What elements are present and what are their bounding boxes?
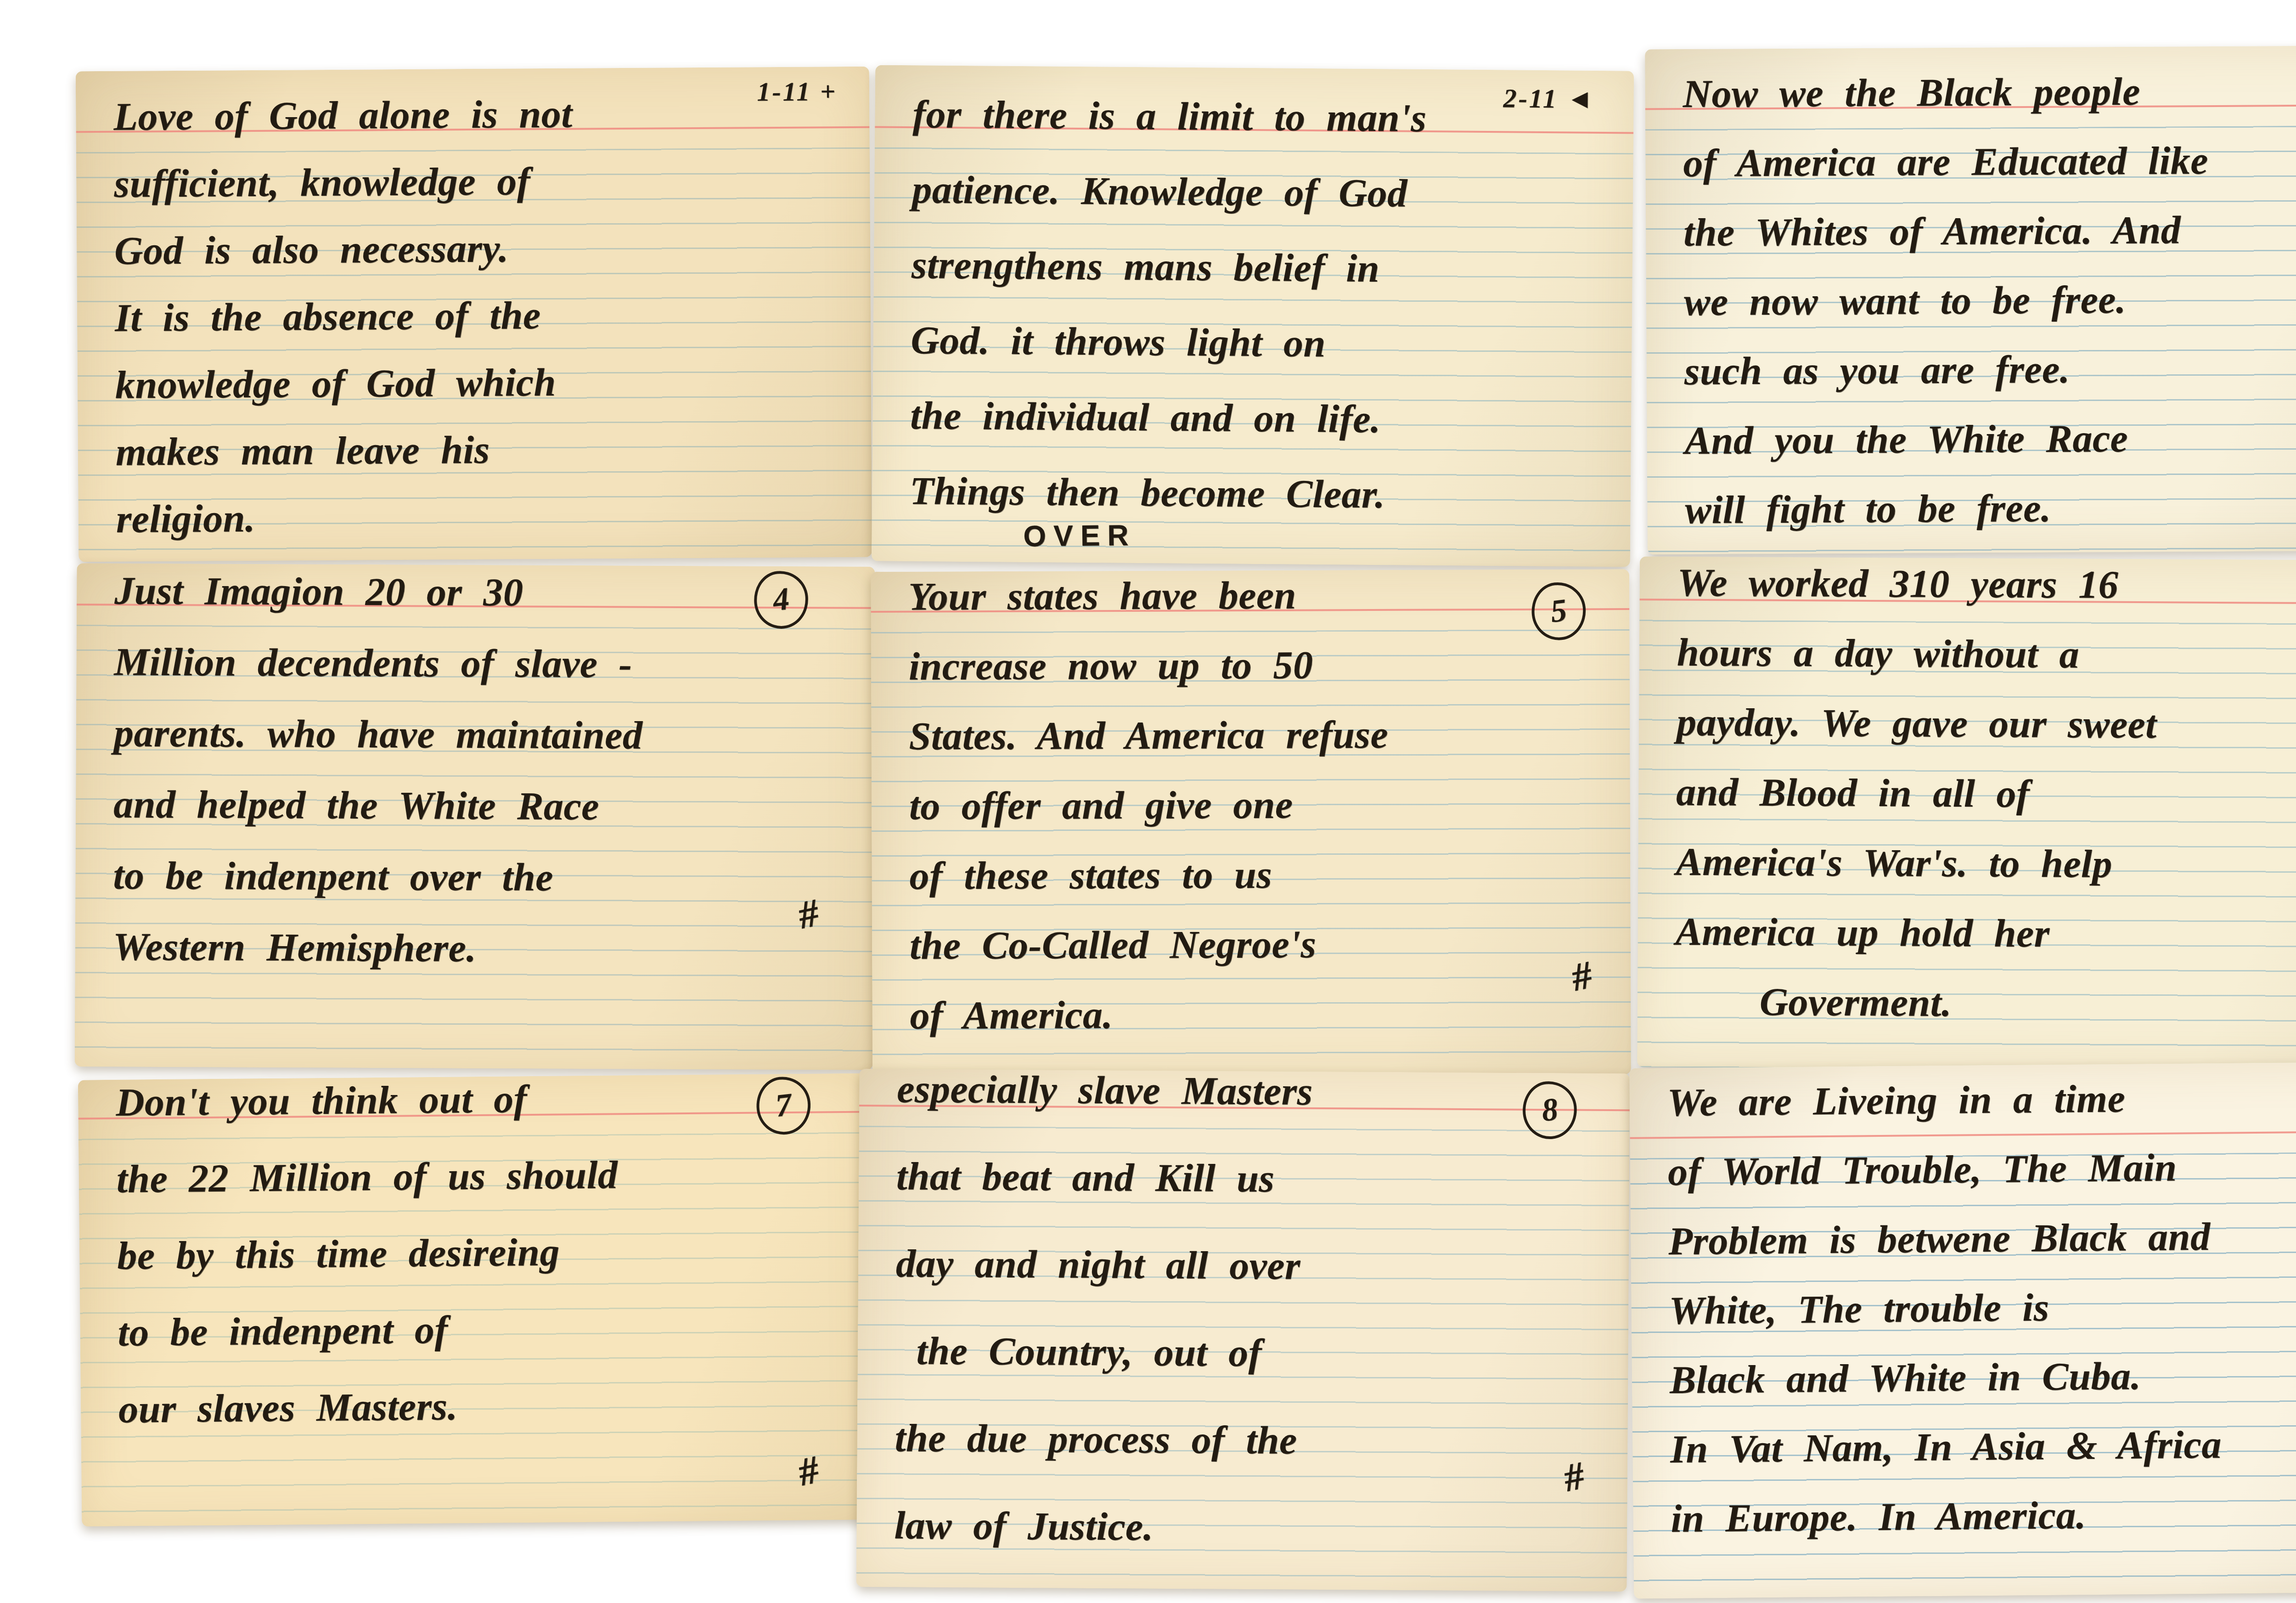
index-card-4: 4 Just Imagion 20 or 30 Million decenden… xyxy=(75,563,875,1070)
text-line: Goverment. xyxy=(1675,966,2296,1040)
index-cards-board: 1-11 + Love of God alone is not sufficie… xyxy=(0,0,2296,1603)
over-label: OVER xyxy=(1023,518,1136,553)
text-line: States. And America refuse xyxy=(909,699,1614,771)
text-line: Love of God alone is not xyxy=(113,79,853,150)
text-line: White, The trouble is xyxy=(1669,1270,2296,1346)
text-line: of America are Educated like xyxy=(1683,125,2296,198)
text-line: In Vat Nam, In Asia & Africa xyxy=(1670,1408,2296,1484)
text-line: We are Liveing in a time xyxy=(1667,1061,2296,1138)
text-line: to be indenpent of xyxy=(118,1288,858,1371)
card-text: We are Liveing in a time of World Troubl… xyxy=(1667,1061,2296,1554)
index-card-8: 8 especially slave Masters that beat and… xyxy=(856,1069,1630,1592)
hash-mark: # xyxy=(1570,951,1593,1001)
index-card-7: 7 Don't you think out of the 22 Million … xyxy=(78,1073,876,1526)
text-line: of these states to us xyxy=(909,838,1614,910)
text-line: of America. xyxy=(910,978,1615,1050)
text-line: And you the White Race xyxy=(1684,402,2296,475)
text-line: law of Justice. xyxy=(894,1481,1611,1573)
text-line: in Europe. In America. xyxy=(1671,1477,2296,1553)
index-card-2: 2-11 ◄ for there is a limit to man's pat… xyxy=(872,65,1634,567)
card-text: for there is a limit to man's patience. … xyxy=(909,76,1617,534)
card-text: Don't you think out of the 22 Million of… xyxy=(115,1073,859,1447)
text-line: Things then become Clear. xyxy=(909,453,1614,534)
index-card-6: 6 We worked 310 years 16 hours a day wit… xyxy=(1637,556,2296,1071)
text-line: that beat and Kill us xyxy=(896,1132,1613,1224)
text-line: sufficient, knowledge of xyxy=(114,146,854,217)
index-card-3: 3 Now we the Black people of America are… xyxy=(1645,45,2296,555)
text-line: Just Imagion 20 or 30 xyxy=(114,563,859,629)
text-line: the Co-Called Negroe's xyxy=(910,908,1615,980)
text-line: religion. xyxy=(116,481,855,553)
text-line: the due process of the xyxy=(895,1394,1611,1486)
text-line: to be indenpent over the xyxy=(113,840,857,914)
hash-mark: # xyxy=(797,888,820,939)
text-line: It is the absence of the xyxy=(115,280,855,351)
text-line: Black and White in Cuba. xyxy=(1669,1339,2296,1415)
text-line: Western Hemisphere. xyxy=(113,911,857,986)
text-line: will fight to be free. xyxy=(1685,472,2296,545)
text-line: our slaves Masters. xyxy=(118,1365,859,1448)
text-line: the individual and on life. xyxy=(910,378,1615,458)
text-line: day and night all over xyxy=(895,1219,1612,1311)
card-text: Love of God alone is not sufficient, kno… xyxy=(113,79,855,553)
text-line: for there is a limit to man's xyxy=(912,76,1617,157)
text-line: the 22 Million of us should xyxy=(116,1135,857,1218)
text-line: the Whites of America. And xyxy=(1683,194,2296,267)
text-line: be by this time desireing xyxy=(117,1211,857,1294)
card-text: Now we the Black people of America are E… xyxy=(1683,56,2296,545)
text-line: God is also necessary. xyxy=(114,213,854,284)
card-text: especially slave Masters that beat and K… xyxy=(894,1069,1614,1573)
hash-mark: # xyxy=(1563,1451,1585,1501)
card-text: Your states have been increase now up to… xyxy=(908,569,1615,1050)
card-text: We worked 310 years 16 hours a day witho… xyxy=(1675,556,2296,1040)
text-line: strengthens mans belief in xyxy=(911,227,1616,308)
text-line: hours a day without a xyxy=(1677,617,2296,691)
text-line: Problem is betwene Black and xyxy=(1668,1200,2296,1276)
text-line: We worked 310 years 16 xyxy=(1677,556,2296,621)
text-line: parents. who have maintained xyxy=(113,698,858,772)
text-line: and Blood in all of xyxy=(1676,757,2296,831)
text-line: such as you are free. xyxy=(1684,333,2296,406)
text-line: America up hold her xyxy=(1675,897,2296,971)
text-line: we now want to be free. xyxy=(1684,264,2296,337)
text-line: Your states have been xyxy=(908,569,1613,631)
text-line: knowledge of God which xyxy=(115,347,855,418)
text-line: makes man leave his xyxy=(115,414,855,485)
index-card-9: We are Liveing in a time of World Troubl… xyxy=(1629,1061,2296,1599)
text-line: Million decendents of slave - xyxy=(114,627,858,701)
text-line: Now we the Black people xyxy=(1683,56,2296,129)
index-card-5: 5 Your states have been increase now up … xyxy=(871,569,1631,1077)
hash-mark: # xyxy=(797,1445,820,1496)
text-line: especially slave Masters xyxy=(897,1069,1614,1137)
text-line: and helped the White Race xyxy=(113,769,858,843)
text-line: God. it throws light on xyxy=(911,302,1615,383)
text-line: payday. We gave our sweet xyxy=(1677,687,2296,761)
text-line: patience. Knowledge of God xyxy=(912,152,1616,232)
text-line: of World Trouble, The Main xyxy=(1667,1131,2296,1207)
index-card-1: 1-11 + Love of God alone is not sufficie… xyxy=(76,67,872,562)
text-line: America's War's. to help xyxy=(1676,827,2296,901)
text-line: the Country, out of xyxy=(895,1307,1612,1399)
text-line: to offer and give one xyxy=(909,768,1614,841)
text-line: Don't you think out of xyxy=(115,1073,856,1140)
text-line: increase now up to 50 xyxy=(909,629,1614,701)
card-text: Just Imagion 20 or 30 Million decendents… xyxy=(113,563,858,985)
